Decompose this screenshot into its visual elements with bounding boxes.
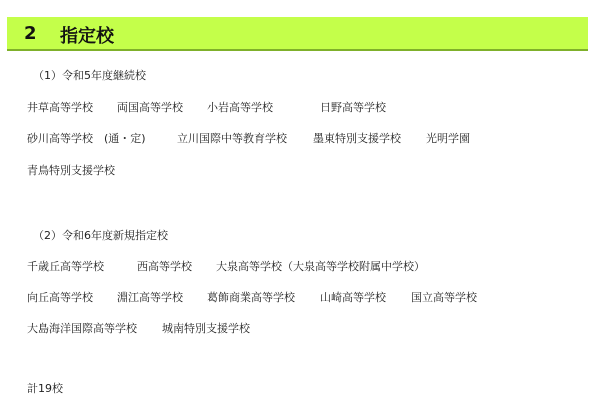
school-name: 千歳丘高等学校 [27,258,104,274]
school-name: 淵江高等学校 [117,289,183,305]
school-name: 山崎高等学校 [320,289,386,305]
school-row: 向丘高等学校 淵江高等学校 葛飾商業高等学校 山崎高等学校 国立高等学校 [0,289,600,305]
school-row: 砂川高等学校 (通・定) 立川国際中等教育学校 墨東特別支援学校 光明学園 [0,130,600,146]
school-name: 城南特別支援学校 [162,320,250,336]
subsection-heading-continuing: （1）令和5年度継続校 [33,67,146,83]
school-name: 光明学園 [426,130,470,146]
school-name: 青鳥特別支援学校 [27,162,115,178]
school-row: 青鳥特別支援学校 [0,162,600,178]
school-name: 砂川高等学校 (通・定) [27,130,146,146]
school-name: 西高等学校 [137,258,192,274]
school-name: 井草高等学校 [27,99,93,115]
school-name: 大泉高等学校（大泉高等学校附属中学校） [216,258,425,274]
section-header-bar: 2 指定校 [7,17,588,51]
school-name: 大島海洋国際高等学校 [27,320,137,336]
subsection-heading-new: （2）令和6年度新規指定校 [33,227,168,243]
school-name: 日野高等学校 [320,99,386,115]
school-name: 墨東特別支援学校 [313,130,401,146]
school-row: 大島海洋国際高等学校 城南特別支援学校 [0,320,600,336]
total-count: 計19校 [27,380,63,396]
school-name: 向丘高等学校 [27,289,93,305]
school-row: 井草高等学校 両国高等学校 小岩高等学校 日野高等学校 [0,99,600,115]
section-title: 指定校 [60,22,114,48]
section-number: 2 [24,23,37,44]
school-name: 葛飾商業高等学校 [207,289,295,305]
school-name: 国立高等学校 [411,289,477,305]
school-name: 小岩高等学校 [207,99,273,115]
school-name: 立川国際中等教育学校 [177,130,287,146]
school-name: 両国高等学校 [117,99,183,115]
school-row: 千歳丘高等学校 西高等学校 大泉高等学校（大泉高等学校附属中学校） [0,258,600,274]
